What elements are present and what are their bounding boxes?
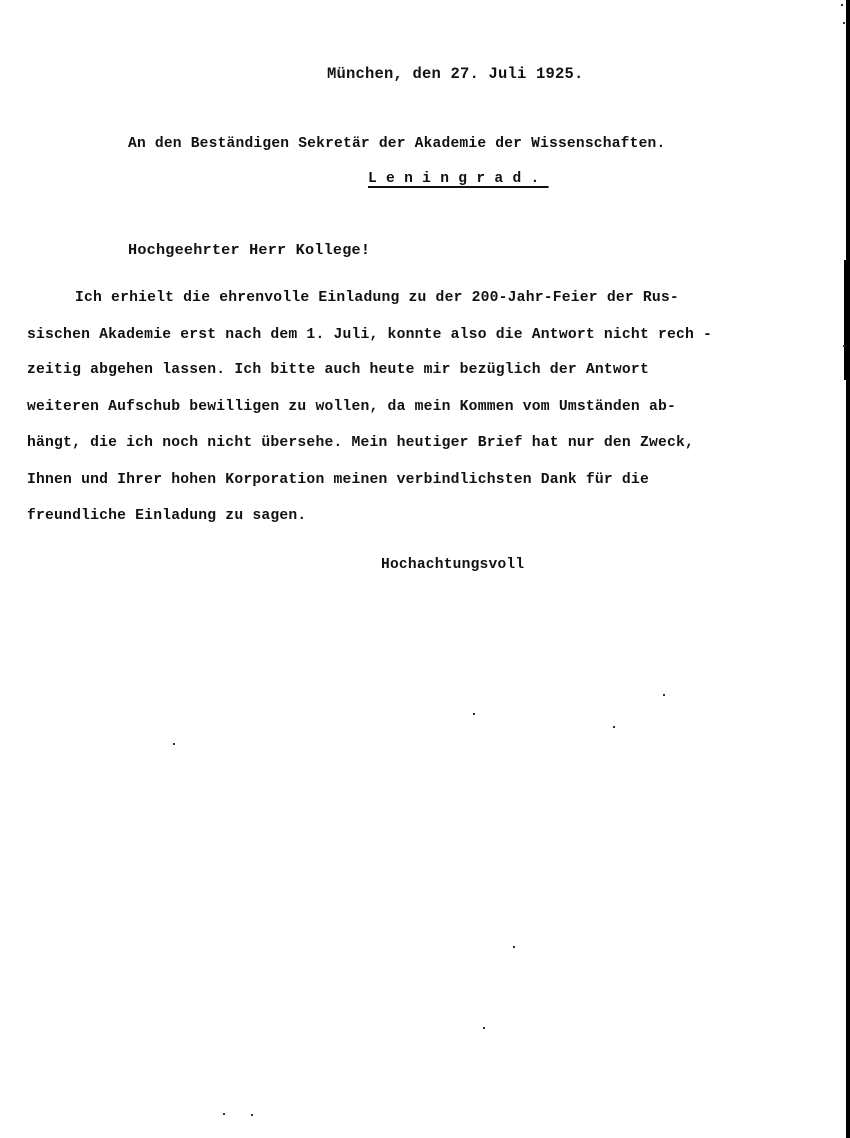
body-line: Ihnen und Ihrer hohen Korporation meinen…: [27, 471, 649, 489]
body-line: sischen Akademie erst nach dem 1. Juli, …: [27, 326, 712, 344]
body-line: zeitig abgehen lassen. Ich bitte auch he…: [27, 361, 649, 379]
scan-speck: [513, 946, 515, 948]
scan-edge-border-thick: [844, 260, 850, 380]
scan-speck: [843, 345, 845, 347]
scan-speck: [843, 22, 845, 24]
city-line: Leningrad.: [368, 170, 549, 188]
scan-edge-border: [846, 0, 850, 1138]
recipient-line: An den Beständigen Sekretär der Akademie…: [128, 135, 665, 153]
scan-speck: [173, 743, 175, 745]
body-line: freundliche Einladung zu sagen.: [27, 507, 306, 525]
salutation: Hochgeehrter Herr Kollege!: [128, 241, 370, 259]
scan-speck: [251, 1114, 253, 1116]
closing: Hochachtungsvoll: [381, 556, 524, 574]
scan-speck: [483, 1027, 485, 1029]
scan-speck: [613, 726, 615, 728]
date-line: München, den 27. Juli 1925.: [327, 65, 584, 83]
body-line: hängt, die ich noch nicht übersehe. Mein…: [27, 434, 694, 452]
scan-speck: [841, 4, 843, 6]
body-line: Ich erhielt die ehrenvolle Einladung zu …: [75, 289, 679, 307]
body-line: weiteren Aufschub bewilligen zu wollen, …: [27, 398, 676, 416]
scan-speck: [473, 713, 475, 715]
scan-speck: [223, 1113, 225, 1115]
letter-page: München, den 27. Juli 1925. An den Bestä…: [0, 0, 850, 1138]
scan-speck: [663, 694, 665, 696]
